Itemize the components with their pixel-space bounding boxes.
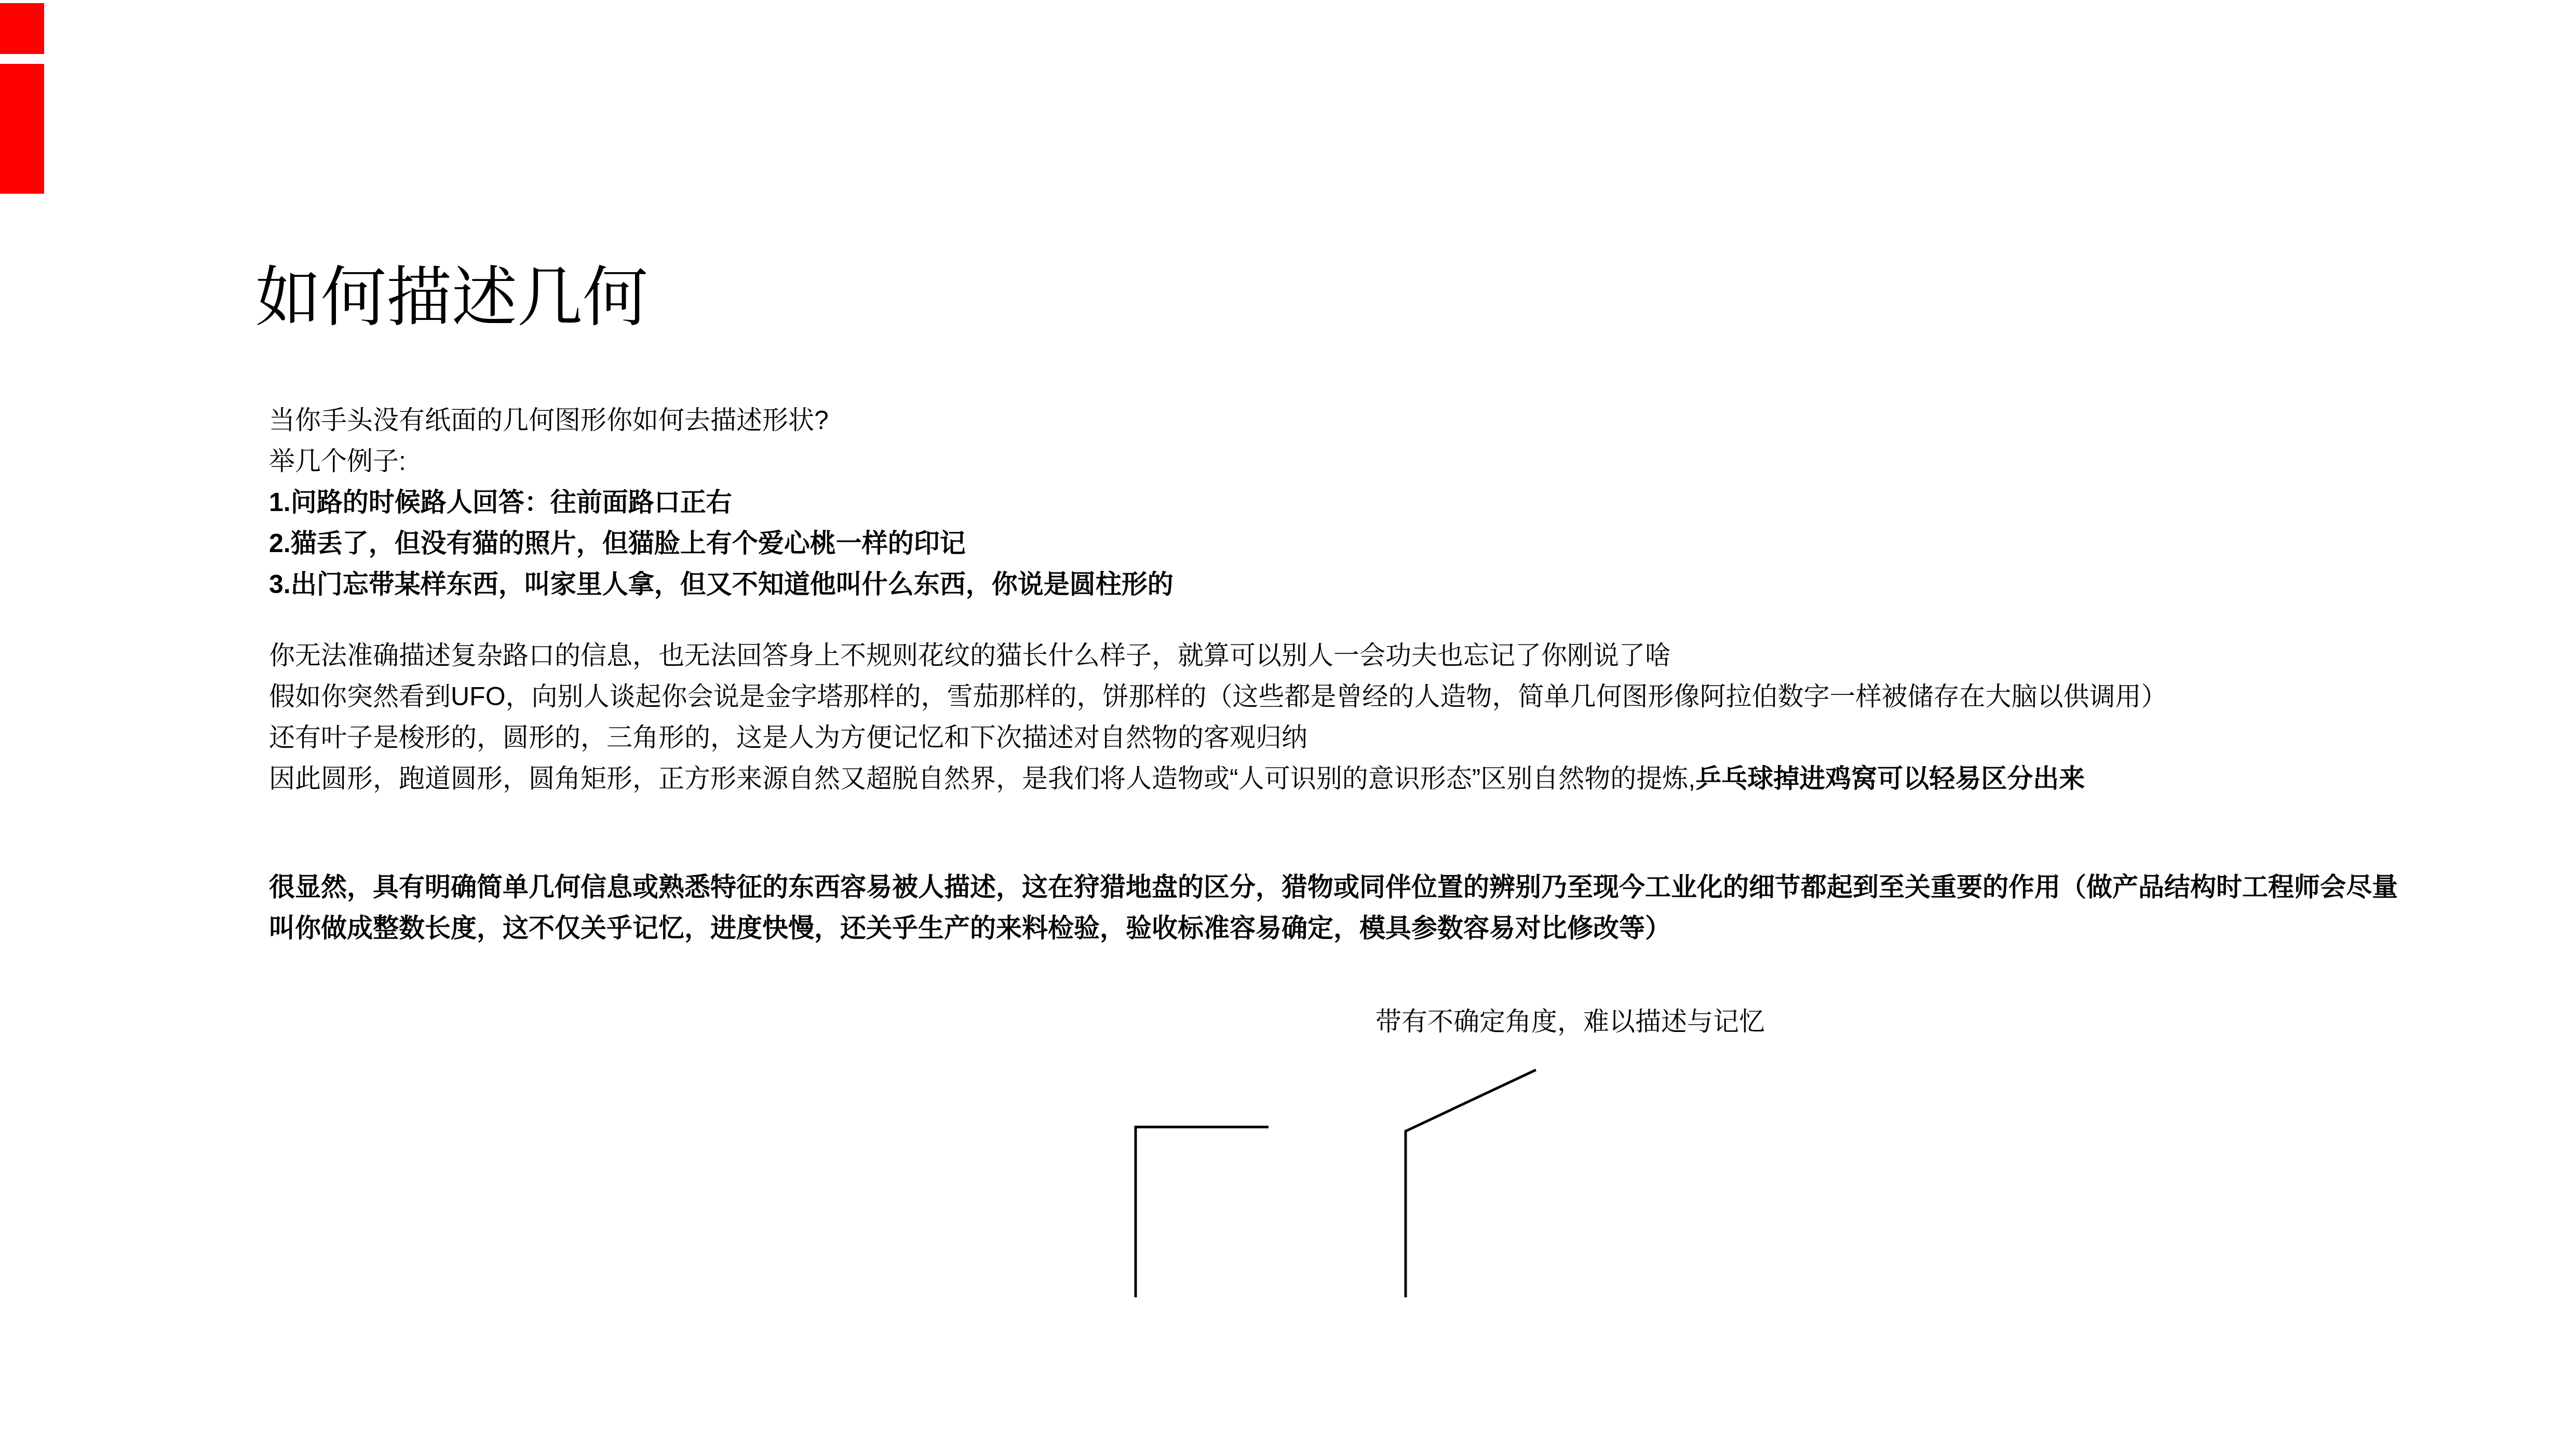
analysis-line-3: 还有叶子是梭形的，圆形的，三角形的，这是人为方便记忆和下次描述对自然物的客观归纳 bbox=[269, 717, 2167, 758]
analysis-line-4: 因此圆形，跑道圆形，圆角矩形，正方形来源自然又超脱自然界，是我们将人造物或“人可… bbox=[269, 758, 2167, 799]
conclusion-line-2: 叫你做成整数长度，这不仅关乎记忆，进度快慢，还关乎生产的来料检验，验收标准容易确… bbox=[269, 908, 2398, 949]
uncertain-angle-corner-shape bbox=[1406, 1070, 1536, 1297]
intro-example-3: 3.出门忘带某样东西，叫家里人拿，但又不知道他叫什么东西，你说是圆柱形的 bbox=[269, 564, 1174, 605]
intro-line-question: 当你手头没有纸面的几何图形你如何去描述形状? bbox=[269, 400, 1174, 441]
conclusion-line-1: 很显然，具有明确简单几何信息或熟悉特征的东西容易被人描述，这在狩猎地盘的区分，猎… bbox=[269, 867, 2398, 908]
slide-canvas: 如何描述几何 当你手头没有纸面的几何图形你如何去描述形状? 举几个例子: 1.问… bbox=[0, 0, 2576, 1449]
intro-paragraph: 当你手头没有纸面的几何图形你如何去描述形状? 举几个例子: 1.问路的时候路人回… bbox=[269, 400, 1174, 605]
red-accent-bar-top bbox=[0, 3, 44, 54]
intro-line-examples-intro: 举几个例子: bbox=[269, 441, 1174, 482]
analysis-line-4-bold: 乒乓球掉进鸡窝可以轻易区分出来 bbox=[1695, 764, 2085, 793]
page-title: 如何描述几何 bbox=[255, 259, 648, 337]
analysis-line-4-regular: 因此圆形，跑道圆形，圆角矩形，正方形来源自然又超脱自然界，是我们将人造物或“人可… bbox=[269, 764, 1695, 793]
intro-example-2: 2.猫丢了，但没有猫的照片，但猫脸上有个爱心桃一样的印记 bbox=[269, 523, 1174, 564]
analysis-line-2: 假如你突然看到UFO，向别人谈起你会说是金字塔那样的，雪茄那样的，饼那样的（这些… bbox=[269, 676, 2167, 717]
intro-example-1: 1.问路的时候路人回答：往前面路口正右 bbox=[269, 482, 1174, 523]
conclusion-paragraph: 很显然，具有明确简单几何信息或熟悉特征的东西容易被人描述，这在狩猎地盘的区分，猎… bbox=[269, 867, 2398, 949]
right-angle-corner-shape bbox=[1136, 1127, 1269, 1297]
analysis-line-1: 你无法准确描述复杂路口的信息，也无法回答身上不规则花纹的猫长什么样子，就算可以别… bbox=[269, 635, 2167, 676]
analysis-paragraph: 你无法准确描述复杂路口的信息，也无法回答身上不规则花纹的猫长什么样子，就算可以别… bbox=[269, 635, 2167, 799]
diagram-caption: 带有不确定角度，难以描述与记忆 bbox=[1375, 1001, 1765, 1042]
red-accent-bar-bottom bbox=[0, 64, 44, 194]
